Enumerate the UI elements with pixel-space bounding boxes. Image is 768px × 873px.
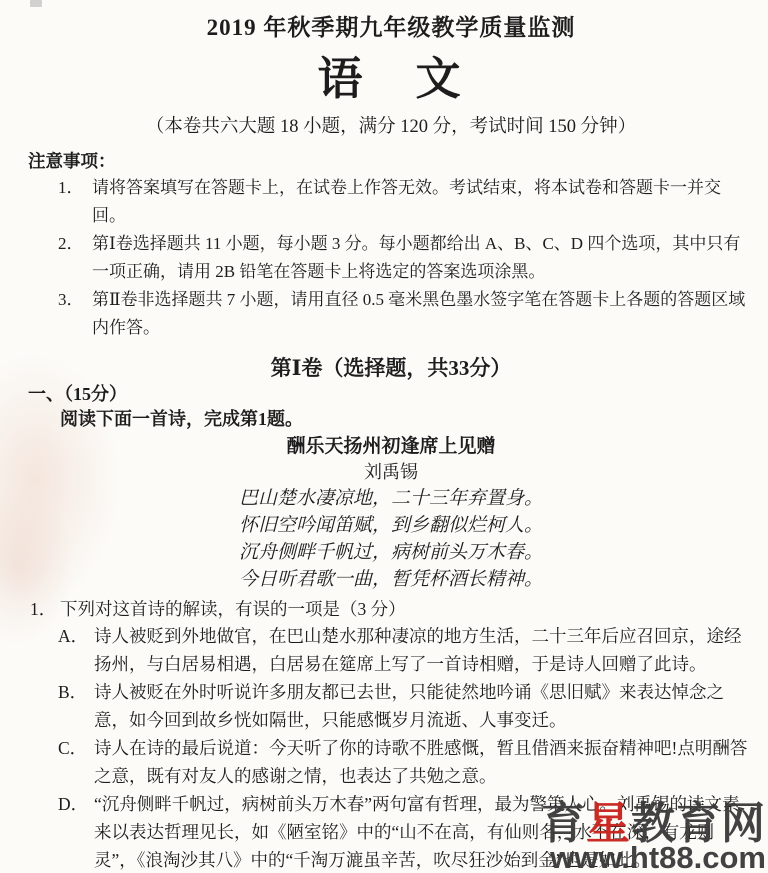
scan-artifact-mark [30, 0, 42, 7]
notice-item-text: 第Ⅰ卷选择题共 11 小题，每小题 3 分。每小题都给出 A、B、C、D 四个选… [92, 230, 754, 286]
notice-item-number: 1． [58, 174, 92, 230]
page-content: 2019 年秋季期九年级教学质量监测 语 文 （本卷共六大题 18 小题，满分 … [0, 0, 768, 873]
option-text: 诗人在诗的最后说道：今天听了你的诗歌不胜感慨，暂且借酒来振奋精神吧!点明酬答之意… [94, 734, 754, 790]
question-1: 1． 下列对这首诗的解读，有误的一项是（3 分） [28, 597, 754, 622]
notice-item-2: 2． 第Ⅰ卷选择题共 11 小题，每小题 3 分。每小题都给出 A、B、C、D … [28, 230, 754, 286]
notice-item-number: 3． [58, 286, 92, 342]
question-text: 下列对这首诗的解读，有误的一项是（3 分） [60, 597, 406, 622]
poem-title: 酬乐天扬州初逢席上见赠 [28, 434, 754, 460]
question-number: 1． [28, 597, 60, 622]
poem-line: 巴山楚水凄凉地，二十三年弃置身。 [28, 485, 754, 512]
option-label: A． [58, 622, 94, 678]
poem-line: 今日听君歌一曲，暂凭杯酒长精神。 [28, 566, 754, 593]
exam-paper-page: 2019 年秋季期九年级教学质量监测 语 文 （本卷共六大题 18 小题，满分 … [0, 0, 768, 873]
notice-item-text: 请将答案填写在答题卡上，在试卷上作答无效。考试结束，将本试卷和答题卡一并交回。 [92, 174, 754, 230]
option-label: D． [58, 790, 94, 873]
option-text: 诗人被贬到外地做官，在巴山楚水那种凄凉的地方生活，二十三年后应召回京，途经扬州，… [94, 622, 754, 678]
exam-session-title: 2019 年秋季期九年级教学质量监测 [28, 0, 754, 44]
subject-title: 语 文 [28, 52, 754, 106]
exam-info-line: （本卷共六大题 18 小题，满分 120 分，考试时间 150 分钟） [28, 114, 754, 140]
option-label: C． [58, 734, 94, 790]
notice-heading: 注意事项： [28, 148, 754, 174]
notice-item-text: 第Ⅱ卷非选择题共 7 小题，请用直径 0.5 毫米黑色墨水签字笔在答题卡上各题的… [92, 286, 754, 342]
section1-heading: 第Ⅰ卷（选择题，共33分） [28, 354, 754, 382]
poem-author: 刘禹锡 [28, 460, 754, 485]
poem-line: 沉舟侧畔千帆过，病树前头万木春。 [28, 539, 754, 566]
poem-line: 怀旧空吟闻笛赋，到乡翻似烂柯人。 [28, 512, 754, 539]
notice-item-3: 3． 第Ⅱ卷非选择题共 7 小题，请用直径 0.5 毫米黑色墨水签字笔在答题卡上… [28, 286, 754, 342]
option-text: 诗人被贬在外时听说许多朋友都已去世，只能徒然地吟诵《思旧赋》来表达悼念之意，如今… [94, 678, 754, 734]
option-c: C． 诗人在诗的最后说道：今天听了你的诗歌不胜感慨，暂且借酒来振奋精神吧!点明酬… [28, 734, 754, 790]
part1-heading: 一、（15分） [28, 382, 754, 407]
site-watermark: 育星教育网 www.ht88.com [541, 802, 766, 873]
reading-instruction: 阅读下面一首诗，完成第1题。 [28, 407, 754, 432]
notice-item-1: 1． 请将答案填写在答题卡上，在试卷上作答无效。考试结束，将本试卷和答题卡一并交… [28, 174, 754, 230]
poem-block: 酬乐天扬州初逢席上见赠 刘禹锡 巴山楚水凄凉地，二十三年弃置身。 怀旧空吟闻笛赋… [28, 434, 754, 593]
notice-item-number: 2． [58, 230, 92, 286]
option-b: B． 诗人被贬在外时听说许多朋友都已去世，只能徒然地吟诵《思旧赋》来表达悼念之意… [28, 678, 754, 734]
option-label: B． [58, 678, 94, 734]
watermark-url: www.ht88.com [541, 842, 766, 873]
option-a: A． 诗人被贬到外地做官，在巴山楚水那种凄凉的地方生活，二十三年后应召回京，途经… [28, 622, 754, 678]
